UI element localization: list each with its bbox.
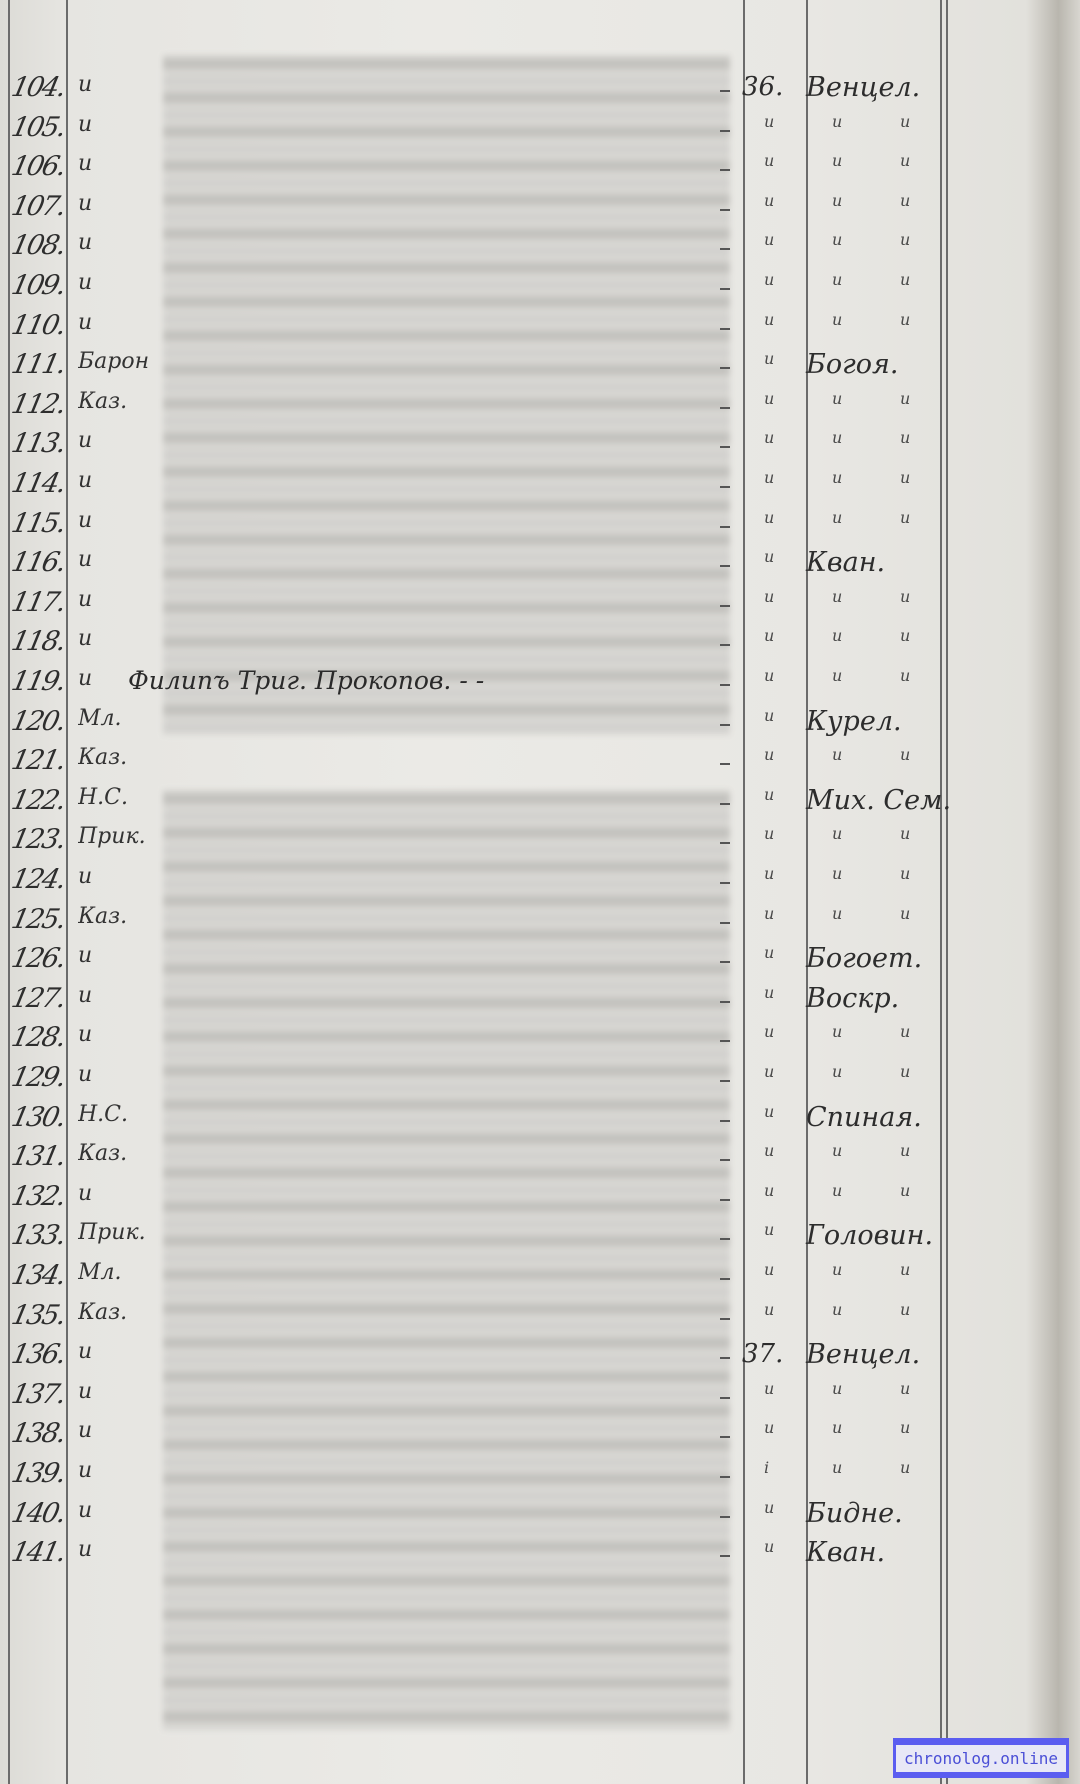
dash-mark (720, 763, 730, 765)
entry-prefix: и (78, 626, 163, 651)
watermark: chronolog.online (893, 1738, 1069, 1778)
dash-mark (720, 565, 730, 567)
table-row: 115.ииии (0, 508, 1080, 542)
table-row: 113.ииии (0, 428, 1080, 462)
ditto-mark: и (900, 666, 910, 685)
ditto-mark: и (832, 864, 842, 883)
ditto-mark: и (764, 230, 774, 249)
dash-mark (720, 328, 730, 330)
dash-mark (720, 1318, 730, 1320)
entry-number: 139. (0, 1458, 67, 1489)
ditto-mark: и (764, 389, 774, 408)
entry-number: 138. (0, 1418, 67, 1449)
ditto-mark: и (764, 270, 774, 289)
entry-number: 136. (0, 1339, 67, 1370)
ditto-mark: и (832, 151, 842, 170)
dash-mark (720, 169, 730, 171)
place-name: Головин. (806, 1220, 933, 1251)
entry-prefix: и (78, 864, 163, 889)
entry-number: 106. (0, 151, 67, 182)
dash-mark (720, 486, 730, 488)
dash-mark (720, 803, 730, 805)
entry-prefix: и (78, 983, 163, 1008)
entry-number: 123. (0, 824, 67, 855)
dash-mark (720, 1120, 730, 1122)
ditto-mark: и (764, 666, 774, 685)
dash-mark (720, 1159, 730, 1161)
ditto-mark: и (832, 587, 842, 606)
ditto-mark: и (900, 310, 910, 329)
entry-number: 105. (0, 112, 67, 143)
ditto-mark: и (832, 1022, 842, 1041)
entry-number: 113. (0, 428, 67, 459)
volume-number: 37. (742, 1339, 783, 1369)
ditto-mark: и (900, 151, 910, 170)
ditto-mark: и (900, 230, 910, 249)
place-name: Воскр. (806, 983, 899, 1014)
entry-number: 110. (0, 310, 67, 341)
entry-number: 121. (0, 745, 67, 776)
entry-number: 130. (0, 1102, 67, 1133)
entry-number: 141. (0, 1537, 67, 1568)
ditto-mark: и (900, 191, 910, 210)
ditto-mark: и (832, 1300, 842, 1319)
entry-prefix: и (78, 270, 163, 295)
table-row: 134.Мл.иии (0, 1260, 1080, 1294)
table-row: 128.ииии (0, 1022, 1080, 1056)
dash-mark (720, 90, 730, 92)
ditto-mark: и (832, 389, 842, 408)
dash-mark (720, 842, 730, 844)
ditto-mark: и (900, 428, 910, 447)
entry-prefix: Мл. (78, 706, 163, 731)
entry-number: 125. (0, 904, 67, 935)
dash-mark (720, 1516, 730, 1518)
table-row: 119.иФилипъ Триг. Прокопов. - -иии (0, 666, 1080, 700)
entry-prefix: и (78, 310, 163, 335)
ditto-mark: и (764, 706, 774, 725)
register-page: 104.и36.Венцел.105.ииии106.ииии107.ииии1… (0, 0, 1080, 1784)
entry-number: 120. (0, 706, 67, 737)
table-row: 125.Каз.иии (0, 904, 1080, 938)
dash-mark (720, 922, 730, 924)
entry-prefix: Барон (78, 349, 163, 374)
entry-prefix: Н.С. (78, 785, 163, 810)
ditto-mark: и (832, 666, 842, 685)
table-row: 121.Каз.иии (0, 745, 1080, 779)
entry-number: 124. (0, 864, 67, 895)
ditto-mark: и (832, 1141, 842, 1160)
table-row: 140.иБидне.и (0, 1498, 1080, 1532)
entry-name: Филипъ Триг. Прокопов. - - (128, 666, 484, 695)
ditto-mark: и (764, 1022, 774, 1041)
table-row: 132.ииии (0, 1181, 1080, 1215)
ditto-mark: и (832, 270, 842, 289)
ditto-mark: и (764, 587, 774, 606)
ditto-mark: и (832, 191, 842, 210)
ditto-mark: и (900, 112, 910, 131)
table-row: 105.ииии (0, 112, 1080, 146)
entry-prefix: и (78, 1022, 163, 1047)
ditto-mark: и (764, 1418, 774, 1437)
place-name: Кван. (806, 547, 885, 578)
ditto-mark: и (832, 1181, 842, 1200)
ditto-mark: и (764, 1537, 774, 1556)
entry-number: 114. (0, 468, 67, 499)
entry-prefix: Н.С. (78, 1102, 163, 1127)
ditto-mark: и (900, 587, 910, 606)
ditto-mark: и (764, 191, 774, 210)
ditto-mark: и (764, 1181, 774, 1200)
table-row: 111.БаронБогоя.и (0, 349, 1080, 383)
ditto-mark: и (764, 468, 774, 487)
ditto-mark: и (900, 1260, 910, 1279)
dash-mark (720, 1278, 730, 1280)
ditto-mark: и (832, 1379, 842, 1398)
entry-number: 117. (0, 587, 67, 618)
entry-number: 109. (0, 270, 67, 301)
ditto-mark: и (832, 310, 842, 329)
dash-mark (720, 209, 730, 211)
ditto-mark: и (832, 1062, 842, 1081)
entry-number: 116. (0, 547, 67, 578)
ditto-mark: и (900, 389, 910, 408)
entry-number: 108. (0, 230, 67, 261)
place-name: Спиная. (806, 1102, 922, 1133)
dash-mark (720, 1357, 730, 1359)
table-row: 114.ииии (0, 468, 1080, 502)
table-row: 112.Каз.иии (0, 389, 1080, 423)
ditto-mark: и (764, 1379, 774, 1398)
table-row: 136.и37.Венцел. (0, 1339, 1080, 1373)
ditto-mark: и (900, 1022, 910, 1041)
entry-prefix: и (78, 1418, 163, 1443)
entry-number: 131. (0, 1141, 67, 1172)
ditto-mark: и (764, 547, 774, 566)
table-row: 108.ииии (0, 230, 1080, 264)
entry-number: 104. (0, 72, 67, 103)
entry-prefix: Каз. (78, 745, 163, 770)
place-name: Венцел. (806, 1339, 920, 1370)
ditto-mark: и (764, 626, 774, 645)
entry-prefix: Каз. (78, 389, 163, 414)
entry-number: 115. (0, 508, 67, 539)
table-row: 109.ииии (0, 270, 1080, 304)
ditto-mark: и (764, 508, 774, 527)
ditto-mark: и (764, 1141, 774, 1160)
dash-mark (720, 1397, 730, 1399)
ditto-mark: и (832, 1418, 842, 1437)
table-row: 106.ииии (0, 151, 1080, 185)
entry-prefix: Каз. (78, 1300, 163, 1325)
dash-mark (720, 1476, 730, 1478)
entry-prefix: Каз. (78, 904, 163, 929)
ditto-mark: и (764, 745, 774, 764)
ditto-mark: и (832, 824, 842, 843)
dash-mark (720, 882, 730, 884)
place-name: Бидне. (806, 1498, 903, 1529)
table-row: 135.Каз.иии (0, 1300, 1080, 1334)
dash-mark (720, 1238, 730, 1240)
place-name: Богоет. (806, 943, 922, 974)
entry-prefix: и (78, 1181, 163, 1206)
entry-prefix: и (78, 428, 163, 453)
dash-mark (720, 248, 730, 250)
entry-prefix: и (78, 1537, 163, 1562)
ditto-mark: и (764, 1062, 774, 1081)
ditto-mark: и (764, 864, 774, 883)
table-row: 116.иКван.и (0, 547, 1080, 581)
dash-mark (720, 684, 730, 686)
ditto-mark: и (764, 904, 774, 923)
dash-mark (720, 130, 730, 132)
ditto-mark: и (832, 626, 842, 645)
entry-number: 122. (0, 785, 67, 816)
ditto-mark: и (832, 428, 842, 447)
entry-number: 140. (0, 1498, 67, 1529)
entry-number: 126. (0, 943, 67, 974)
entry-prefix: и (78, 1458, 163, 1483)
entry-prefix: и (78, 943, 163, 968)
entry-number: 135. (0, 1300, 67, 1331)
ditto-mark: и (764, 1102, 774, 1121)
ditto-mark: и (764, 112, 774, 131)
entry-prefix: и (78, 191, 163, 216)
dash-mark (720, 1199, 730, 1201)
ditto-mark: и (900, 270, 910, 289)
entry-number: 111. (0, 349, 67, 380)
ditto-mark: и (900, 1379, 910, 1398)
dash-mark (720, 1001, 730, 1003)
dash-mark (720, 1040, 730, 1042)
entry-prefix: и (78, 230, 163, 255)
table-row: 120.Мл.Курел.и (0, 706, 1080, 740)
place-name: Курел. (806, 706, 902, 737)
ditto-mark: и (832, 508, 842, 527)
ditto-mark: и (900, 904, 910, 923)
place-name: Кван. (806, 1537, 885, 1568)
table-row: 127.иВоскр.и (0, 983, 1080, 1017)
table-row: 117.ииии (0, 587, 1080, 621)
place-name: Мих. Сем. (806, 785, 951, 816)
entry-prefix: и (78, 1339, 163, 1364)
table-row: 104.и36.Венцел. (0, 72, 1080, 106)
entry-prefix: Мл. (78, 1260, 163, 1285)
dash-mark (720, 644, 730, 646)
entry-prefix: и (78, 587, 163, 612)
entry-prefix: Прик. (78, 824, 163, 849)
ditto-mark: и (764, 1300, 774, 1319)
entry-prefix: и (78, 151, 163, 176)
ditto-mark: и (900, 824, 910, 843)
ditto-mark: и (764, 428, 774, 447)
ditto-mark: и (900, 1062, 910, 1081)
table-row: 122.Н.С.Мих. Сем.и (0, 785, 1080, 819)
entry-prefix: и (78, 1062, 163, 1087)
place-name: Венцел. (806, 72, 920, 103)
ditto-mark: и (832, 745, 842, 764)
ditto-mark: и (900, 1181, 910, 1200)
table-row: 126.иБогоет.и (0, 943, 1080, 977)
ditto-mark: и (832, 904, 842, 923)
entry-prefix: и (78, 468, 163, 493)
entry-number: 107. (0, 191, 67, 222)
entry-prefix: и (78, 547, 163, 572)
entry-number: 137. (0, 1379, 67, 1410)
entry-prefix: и (78, 508, 163, 533)
ditto-mark: и (764, 824, 774, 843)
ditto-mark: и (900, 468, 910, 487)
watermark-text: chronolog.online (896, 1745, 1066, 1772)
dash-mark (720, 605, 730, 607)
table-row: 133.Прик.Головин.и (0, 1220, 1080, 1254)
ditto-mark: и (764, 1220, 774, 1239)
volume-number: 36. (742, 72, 783, 102)
table-row: 129.ииии (0, 1062, 1080, 1096)
ditto-mark: и (832, 468, 842, 487)
ditto-mark: и (832, 230, 842, 249)
ditto-mark: и (832, 1458, 842, 1477)
entry-prefix: и (78, 72, 163, 97)
table-row: 110.ииии (0, 310, 1080, 344)
dash-mark (720, 407, 730, 409)
ditto-mark: и (900, 508, 910, 527)
table-row: 123.Прик.иии (0, 824, 1080, 858)
entry-number: 127. (0, 983, 67, 1014)
dash-mark (720, 1080, 730, 1082)
ditto-mark: і (764, 1458, 769, 1477)
table-row: 137.ииии (0, 1379, 1080, 1413)
entry-prefix: Каз. (78, 1141, 163, 1166)
ditto-mark: и (900, 1458, 910, 1477)
entry-prefix: и (78, 1379, 163, 1404)
entry-number: 112. (0, 389, 67, 420)
table-row: 130.Н.С.Спиная.и (0, 1102, 1080, 1136)
entry-prefix: и (78, 1498, 163, 1523)
place-name: Богоя. (806, 349, 898, 380)
dash-mark (720, 1436, 730, 1438)
dash-mark (720, 526, 730, 528)
ditto-mark: и (764, 310, 774, 329)
ditto-mark: и (764, 785, 774, 804)
entry-number: 118. (0, 626, 67, 657)
dash-mark (720, 961, 730, 963)
entry-prefix: и (78, 112, 163, 137)
ditto-mark: и (764, 349, 774, 368)
dash-mark (720, 367, 730, 369)
entry-prefix: Прик. (78, 1220, 163, 1245)
dash-mark (720, 1555, 730, 1557)
entry-number: 134. (0, 1260, 67, 1291)
table-row: 118.ииии (0, 626, 1080, 660)
table-row: 107.ииии (0, 191, 1080, 225)
entry-number: 133. (0, 1220, 67, 1251)
ditto-mark: и (900, 626, 910, 645)
entry-number: 132. (0, 1181, 67, 1212)
table-row: 124.ииии (0, 864, 1080, 898)
ditto-mark: и (832, 1260, 842, 1279)
ditto-mark: и (764, 151, 774, 170)
ditto-mark: и (832, 112, 842, 131)
table-row: 138.ииии (0, 1418, 1080, 1452)
table-row: 139.иіии (0, 1458, 1080, 1492)
ditto-mark: и (900, 1141, 910, 1160)
ditto-mark: и (900, 864, 910, 883)
table-row: 131.Каз.иии (0, 1141, 1080, 1175)
ditto-mark: и (900, 1300, 910, 1319)
ditto-mark: и (764, 1260, 774, 1279)
ditto-mark: и (764, 943, 774, 962)
table-row: 141.иКван.и (0, 1537, 1080, 1571)
entry-number: 129. (0, 1062, 67, 1093)
entry-number: 128. (0, 1022, 67, 1053)
dash-mark (720, 724, 730, 726)
ditto-mark: и (900, 1418, 910, 1437)
dash-mark (720, 446, 730, 448)
entry-number: 119. (0, 666, 67, 697)
ditto-mark: и (900, 745, 910, 764)
dash-mark (720, 288, 730, 290)
ditto-mark: и (764, 983, 774, 1002)
ditto-mark: и (764, 1498, 774, 1517)
